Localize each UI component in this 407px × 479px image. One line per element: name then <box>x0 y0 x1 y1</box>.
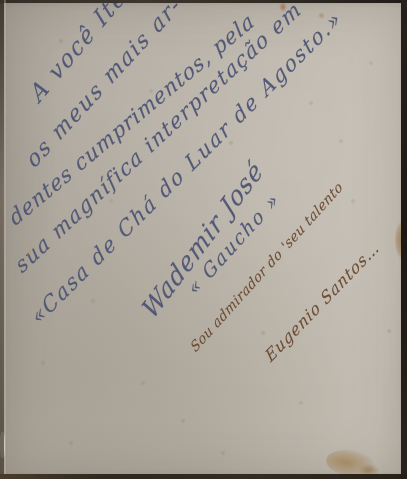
foxing-dot-top <box>279 2 287 12</box>
handwritten-dedication-page: A você Itelo os meus mais ar- dentes cum… <box>0 0 407 479</box>
page-edge-bottom <box>0 474 407 479</box>
page-edge-right <box>401 0 407 479</box>
foxing-dot-top-2 <box>318 12 325 19</box>
page-edge-top <box>0 0 407 3</box>
page-edge-left-highlight <box>4 0 6 479</box>
foxing-dot-left <box>26 249 33 256</box>
